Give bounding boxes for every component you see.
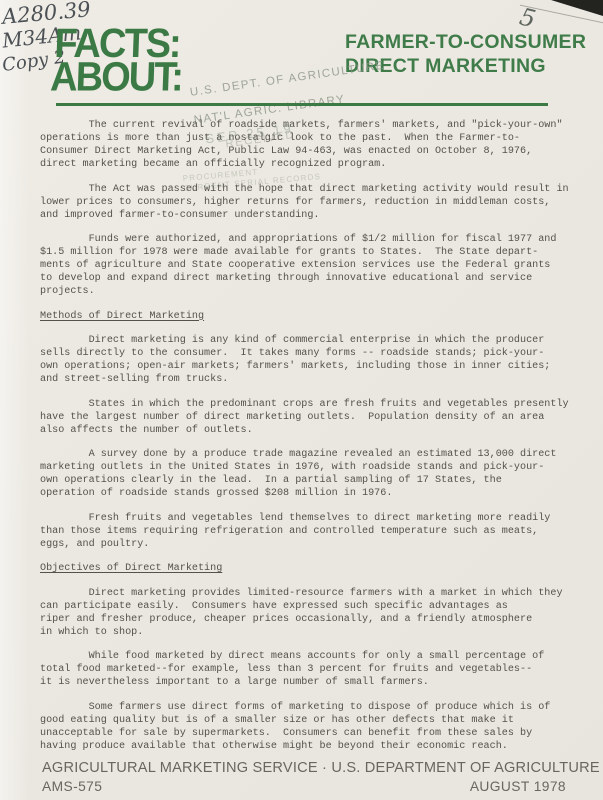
body-paragraph: Funds were authorized, and appropriation…: [40, 233, 580, 298]
body-paragraph: Fresh fruits and vegetables lend themsel…: [40, 512, 580, 551]
agency-line: AGRICULTURAL MARKETING SERVICE · U.S. DE…: [42, 760, 566, 776]
body-paragraph: While food marketed by direct means acco…: [40, 650, 580, 689]
body-paragraph: A survey done by a produce trade magazin…: [40, 448, 580, 500]
scan-left-edge: [0, 0, 30, 800]
document-body: The current revival of roadside markets,…: [40, 119, 580, 764]
body-paragraph: Some farmers use direct forms of marketi…: [40, 701, 580, 753]
body-paragraph: States in which the predominant crops ar…: [40, 398, 580, 437]
section-heading-objectives: Objectives of Direct Marketing: [40, 562, 580, 575]
body-paragraph: The current revival of roadside markets,…: [40, 119, 580, 171]
publication-number: AMS-575: [42, 779, 102, 794]
header-divider-rule: [56, 103, 548, 106]
logo-line-2: ABOUT:: [50, 61, 183, 94]
section-heading-methods: Methods of Direct Marketing: [40, 310, 580, 323]
body-paragraph: The Act was passed with the hope that di…: [40, 183, 580, 222]
scanned-document-page: A280.39 M34Am Copy 2 5 FACTS: ABOUT: FAR…: [0, 0, 603, 800]
publication-date: AUGUST 1978: [470, 779, 566, 794]
facts-about-logo: FACTS: ABOUT:: [53, 28, 184, 95]
body-paragraph: Direct marketing provides limited-resour…: [40, 587, 580, 639]
document-footer: AGRICULTURAL MARKETING SERVICE · U.S. DE…: [42, 760, 566, 794]
body-paragraph: Direct marketing is any kind of commerci…: [40, 334, 580, 386]
